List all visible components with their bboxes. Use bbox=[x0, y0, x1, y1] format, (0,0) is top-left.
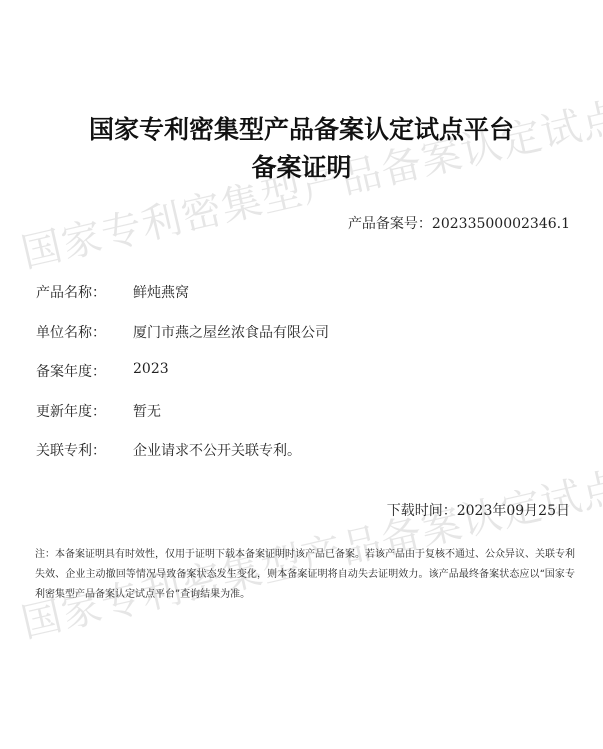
field-label: 产品名称： bbox=[36, 282, 133, 302]
field-update-year: 更新年度： 暂无 bbox=[36, 401, 576, 441]
info-fields: 产品名称： 鲜炖燕窝 单位名称： 厦门市燕之屋丝浓食品有限公司 备案年度： 20… bbox=[36, 282, 576, 480]
field-record-year: 备案年度： 2023 bbox=[36, 361, 576, 401]
certificate-page: 国家专利密集型产品备案认定试点平台 国家专利密集型产品备案认定试点平台 国家专利… bbox=[0, 0, 603, 749]
field-company-name: 单位名称： 厦门市燕之屋丝浓食品有限公司 bbox=[36, 322, 576, 362]
field-value: 暂无 bbox=[133, 401, 576, 421]
field-value: 2023 bbox=[133, 361, 576, 377]
page-title: 国家专利密集型产品备案认定试点平台 bbox=[0, 110, 603, 146]
field-label: 更新年度： bbox=[36, 401, 133, 421]
certificate-content: 国家专利密集型产品备案认定试点平台 备案证明 产品备案号：20233500002… bbox=[0, 0, 603, 749]
field-value: 企业请求不公开关联专利。 bbox=[133, 440, 576, 460]
field-label: 备案年度： bbox=[36, 361, 133, 381]
record-number: 产品备案号：20233500002346.1 bbox=[348, 213, 570, 233]
download-time: 下载时间：2023年09月25日 bbox=[387, 500, 570, 520]
page-subtitle: 备案证明 bbox=[0, 148, 603, 184]
field-label: 单位名称： bbox=[36, 322, 133, 342]
field-product-name: 产品名称： 鲜炖燕窝 bbox=[36, 282, 576, 322]
field-related-patents: 关联专利： 企业请求不公开关联专利。 bbox=[36, 440, 576, 480]
field-value: 厦门市燕之屋丝浓食品有限公司 bbox=[133, 322, 576, 342]
field-value: 鲜炖燕窝 bbox=[133, 282, 576, 302]
footnote: 注：本备案证明具有时效性，仅用于证明下载本备案证明时该产品已备案。若该产品由于复… bbox=[35, 545, 575, 605]
field-label: 关联专利： bbox=[36, 440, 133, 460]
